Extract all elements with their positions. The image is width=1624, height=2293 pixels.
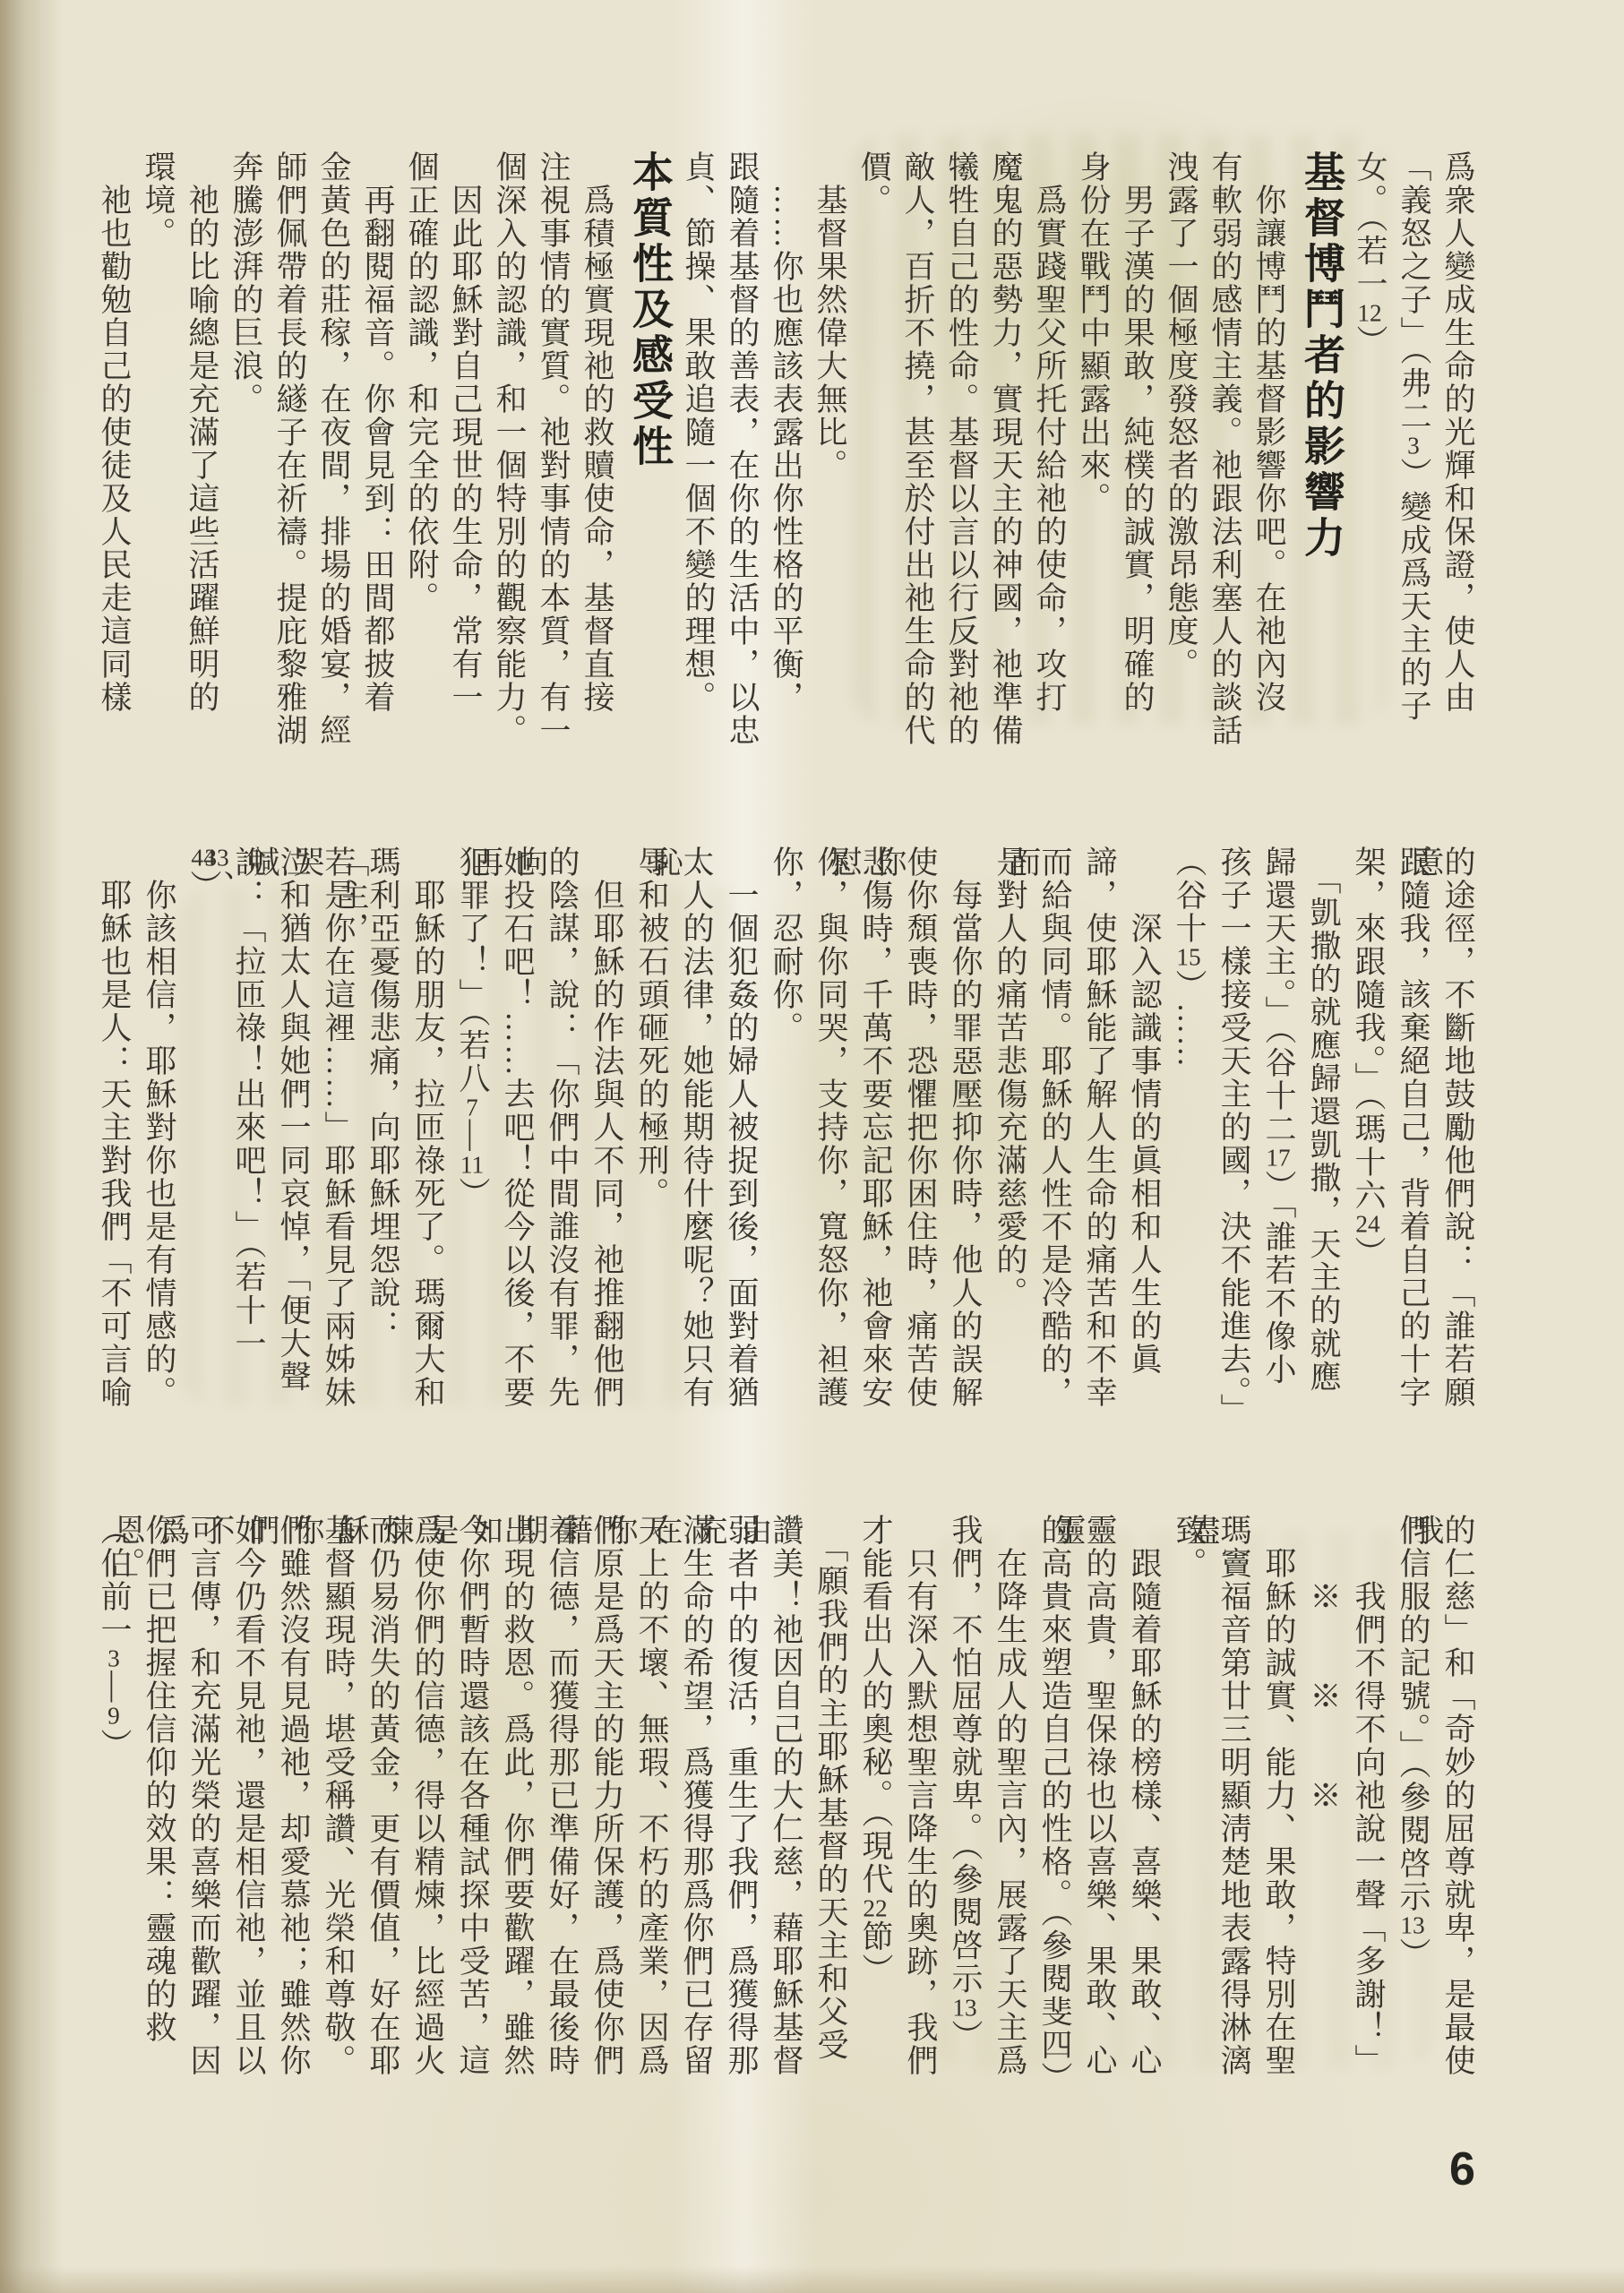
- text-column: 「凱撒的就應歸還凱撒，天主的就應: [1294, 846, 1339, 1412]
- text-column: 靈的高貴，聖保祿也以喜樂、果敢、心靈: [1070, 1514, 1115, 2087]
- text-column: 跟隨着基督的善表，在你的生活中，以忠: [714, 150, 758, 761]
- text-column: 但耶穌的作法與人不同，祂推翻他們: [578, 846, 623, 1412]
- text-column: 跟隨我，該棄絕自己，背着自己的十字: [1384, 846, 1429, 1412]
- text-column: 因此耶穌對自己現世的生命，常有一: [437, 150, 481, 761]
- text-column: 天上的不壞、無瑕、不朽的產業，因爲你: [623, 1514, 667, 2087]
- text-column: 再翻閱福音。你會見到：田間都披着: [349, 150, 393, 761]
- text-column: 滿生命的希望，爲獲得那爲你們已存留在: [667, 1514, 712, 2087]
- text-column: 若是你在這裡……」耶穌看見了兩姊妹哭: [309, 846, 354, 1412]
- text-column: 太人的法律，她能期待什麼呢？她只有恥: [667, 846, 712, 1412]
- text-column: （谷十15）……: [1160, 846, 1205, 1412]
- text-column: 金黃色的莊稼，在夜間，排場的婚宴，經: [305, 150, 349, 761]
- text-column: 如今仍看不見祂，還是相信祂，並且以不: [219, 1514, 264, 2087]
- text-column: 使你頹喪時，恐懼把你困住時，痛苦使你: [891, 846, 936, 1412]
- text-column: 有軟弱的感情主義。祂跟法利塞人的談話: [1197, 150, 1241, 761]
- text-column: 你，與你同哭，支持你，寬怒你，袒護: [802, 846, 846, 1412]
- text-column: 跟隨着耶穌的榜樣、喜樂、果敢、心: [1115, 1514, 1160, 2087]
- text-column: 個正確的認識，和完全的依附。: [393, 150, 437, 761]
- text-column: ……你也應該表露出你性格的平衡，: [758, 150, 802, 761]
- text-column: 瑪竇福音第廿三明顯淸楚地表露得淋漓盡: [1205, 1514, 1250, 2087]
- text-column: 你讓博鬥的基督影響你吧。在祂內沒: [1241, 150, 1285, 761]
- text-column: 瑪利亞憂傷悲痛，向耶穌埋怨說：「主，: [354, 846, 399, 1412]
- text-column: 爲積極實現祂的救贖使命，基督直接: [569, 150, 613, 761]
- text-column: 你，忍耐你。: [757, 846, 802, 1412]
- text-column: 可言傳，和充滿光榮的喜樂而歡躍，因爲: [175, 1514, 219, 2087]
- scanned-page: 爲衆人變成生命的光輝和保證，使人由「義怒之子」（弗二3）變成爲天主的子女。（若一…: [0, 0, 1624, 2293]
- text-column: 女。（若一12）: [1342, 150, 1386, 761]
- text-column: 基督果然偉大無比。: [802, 150, 846, 761]
- text-column: 致。: [1160, 1514, 1205, 2087]
- text-column: 師們佩帶着長的繸子在祈禱。提庇黎雅湖: [262, 150, 305, 761]
- text-column: 44）: [175, 846, 219, 1412]
- text-column: 個深入的認識，和一個特別的觀察能力。: [481, 150, 525, 761]
- text-column: 弱者中的復活，重生了我們，爲獲得那充: [712, 1514, 757, 2087]
- text-column: 是對人的痛苦悲傷充滿慈愛的。: [981, 846, 1026, 1412]
- text-column: 她投石吧！……去吧！從今以後，不要再: [488, 846, 533, 1412]
- text-column: 「義怒之子」（弗二3）變成爲天主的子: [1386, 150, 1430, 761]
- text-column: 而給與同情。耶穌的人性不是冷酷的，而: [1026, 846, 1070, 1412]
- text-column: 而仍易消失的黃金，更有價值，好在耶穌: [354, 1514, 399, 2087]
- text-column: 才能看出人的奧秘。（現代22節）: [846, 1514, 891, 2087]
- text-band-top: 爲衆人變成生命的光輝和保證，使人由「義怒之子」（弗二3）變成爲天主的子女。（若一…: [86, 150, 1474, 761]
- text-column: 我們不得不向祂說一聲「多謝！」: [1339, 1514, 1384, 2087]
- text-column: 「願我們的主耶穌基督的天主和父受: [802, 1514, 846, 2087]
- text-column: ※ ※ ※: [1294, 1514, 1339, 2087]
- text-column: 耶穌也是人：天主對我們「不可言喻: [85, 846, 130, 1412]
- text-column: 敵人，百折不撓，甚至於付出祂生命的代: [889, 150, 933, 761]
- text-column: 犧牲自己的性命。基督以言以行反對祂的: [933, 150, 977, 761]
- section-heading: 本質性及感受性: [613, 150, 670, 761]
- text-column: 耶穌的誠實、能力、果敢，特別在聖: [1250, 1514, 1294, 2087]
- text-column: 只有深入默想聖言降生的奧跡，我們: [891, 1514, 936, 2087]
- text-column: 身份在戰鬥中顯露出來。: [1065, 150, 1109, 761]
- text-column: 你們已把握住信仰的效果：靈魂的救恩。」: [130, 1514, 175, 2087]
- text-column: 祂的比喻總是充滿了這些活躍鮮明的: [174, 150, 218, 761]
- text-column: 爲衆人變成生命的光輝和保證，使人由: [1430, 150, 1474, 761]
- text-column: 貞、節操、果敢追隨一個不變的理想。: [670, 150, 714, 761]
- text-column: 的陰謀，說：「你們中間誰沒有罪，先向: [533, 846, 578, 1412]
- text-band-bottom: 的仁慈」和「奇妙的屈尊就卑，是最使我們信服的記號。」（參閱啓示13） 我們不得不…: [85, 1514, 1474, 2087]
- section-heading: 基督博鬥者的影響力: [1285, 150, 1342, 761]
- text-column: 男子漢的果敢，純樸的誠實，明確的: [1109, 150, 1153, 761]
- text-column: 魔鬼的惡勢力，實現天主的神國，祂準備: [977, 150, 1021, 761]
- text-column: 你該相信，耶穌對你也是有情感的。: [130, 846, 175, 1412]
- text-column: 洩露了一個極度發怒者的激昂態度。: [1153, 150, 1197, 761]
- text-column: 泣和猶太人與她們一同哀悼，「便大聲喊: [264, 846, 309, 1412]
- text-column: 的仁慈」和「奇妙的屈尊就卑，是最使我: [1429, 1514, 1474, 2087]
- text-column: 着信德，而獲得那已準備好，在最後時期: [533, 1514, 578, 2087]
- text-column: 深入認識事情的眞相和人生的眞: [1115, 846, 1160, 1412]
- text-column: （伯前一3—9）: [85, 1514, 130, 2087]
- text-column: 注視事情的實質。祂對事情的本質，有一: [525, 150, 569, 761]
- text-column: 悲傷時，千萬不要忘記耶穌，祂會來安慰: [846, 846, 891, 1412]
- page-number: 6: [1449, 2143, 1512, 2196]
- text-column: 的途徑，不斷地鼓勵他們說：「誰若願意: [1429, 846, 1474, 1412]
- text-column: 們原是爲天主的能力所保護，爲使你們藉: [578, 1514, 623, 2087]
- text-column: 價。: [846, 150, 889, 761]
- text-column: 爲使你們的信德，得以精煉，比經過火煉: [399, 1514, 443, 2087]
- text-column: 一個犯姦的婦人被捉到後，面對着猶: [712, 846, 757, 1412]
- text-column: 在降生成人的聖言內，展露了天主爲: [981, 1514, 1026, 2087]
- text-column: 們雖然沒有見過祂，却愛慕祂；雖然你們: [264, 1514, 309, 2087]
- text-column: 祂也勸勉自己的使徒及人民走這同樣: [86, 150, 130, 761]
- text-column: 奔騰澎湃的巨浪。: [218, 150, 262, 761]
- text-band-middle: 的途徑，不斷地鼓勵他們說：「誰若願意跟隨我，該棄絕自己，背着自己的十字架，來跟隨…: [85, 846, 1474, 1412]
- text-column: 每當你的罪惡壓抑你時，他人的誤解: [936, 846, 981, 1412]
- text-column: 出現的救恩。爲此，你們要歡躍，雖然如: [488, 1514, 533, 2087]
- text-column: 說：「拉匝祿！出來吧！」（若十一33、: [219, 846, 264, 1412]
- text-column: 們信服的記號。」（參閱啓示13）: [1384, 1514, 1429, 2087]
- text-column: 讚美！祂因自己的大仁慈，藉耶穌基督由: [757, 1514, 802, 2087]
- text-column: 基督顯現時，堪受稱讚、光榮和尊敬。你: [309, 1514, 354, 2087]
- text-column: 爲實踐聖父所托付給祂的使命，攻打: [1021, 150, 1065, 761]
- text-column: 的高貴來塑造自己的性格。（參閱斐四）: [1026, 1514, 1070, 2087]
- text-column: 歸還天主。」（谷十二17）「誰若不像小: [1250, 846, 1294, 1412]
- text-column: 辱和被石頭砸死的極刑。: [623, 846, 667, 1412]
- text-column: 犯罪了！」（若八7—11）: [443, 846, 488, 1412]
- text-column: 諦，使耶穌能了解人生命的痛苦和不幸: [1070, 846, 1115, 1412]
- text-column: 我們，不怕屈尊就卑。（參閱啓示13）: [936, 1514, 981, 2087]
- text-column: 耶穌的朋友，拉匝祿死了。瑪爾大和: [399, 846, 443, 1412]
- text-column: 環境。: [130, 150, 174, 761]
- text-column: 孩子一樣接受天主的國，決不能進去。」: [1205, 846, 1250, 1412]
- text-column: 今你們暫時還該在各種試探中受苦，這是: [443, 1514, 488, 2087]
- text-column: 架，來跟隨我。」（瑪十六24）: [1339, 846, 1384, 1412]
